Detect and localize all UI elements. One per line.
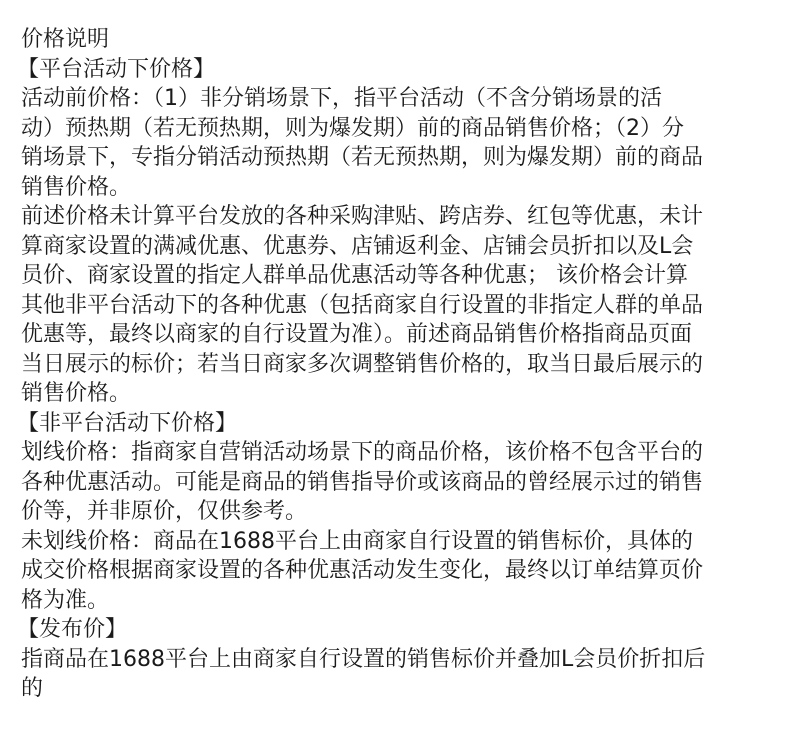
- section-publish-price: 【发布价】 指商品在1688平台上由商家自行设置的销售标价并叠加L会员价折扣后 …: [21, 615, 771, 704]
- document-title: 价格说明: [21, 25, 771, 55]
- text-line: 成交价格根据商家设置的各种优惠活动发生变化，最终以订单结算页价: [21, 556, 771, 586]
- text-line: 指商品在1688平台上由商家自行设置的销售标价并叠加L会员价折扣后: [21, 645, 771, 675]
- text-line: 优惠等，最终以商家的自行设置为准）。前述商品销售价格指商品页面: [21, 320, 771, 350]
- section-platform-activity-price: 【平台活动下价格】 活动前价格：（1）非分销场景下，指平台活动（不含分销场景的活…: [21, 55, 771, 409]
- text-line: 前述价格未计算平台发放的各种采购津贴、跨店券、红包等优惠，未计: [21, 202, 771, 232]
- section-non-platform-activity-price: 【非平台活动下价格】 划线价格：指商家自营销活动场景下的商品价格，该价格不包含平…: [21, 409, 771, 616]
- section-heading: 【发布价】: [17, 615, 771, 645]
- text-line: 动）预热期（若无预热期，则为爆发期）前的商品销售价格；（2）分: [21, 114, 771, 144]
- text-line: 销售价格。: [21, 173, 771, 203]
- text-line: 其他非平台活动下的各种优惠（包括商家自行设置的非指定人群的单品: [21, 291, 771, 321]
- text-line: 当日展示的标价；若当日商家多次调整销售价格的，取当日最后展示的: [21, 350, 771, 380]
- text-line: 各种优惠活动。可能是商品的销售指导价或该商品的曾经展示过的销售: [21, 468, 771, 498]
- text-line: 销场景下，专指分销活动预热期（若无预热期，则为爆发期）前的商品: [21, 143, 771, 173]
- price-explanation-document: 价格说明 【平台活动下价格】 活动前价格：（1）非分销场景下，指平台活动（不含分…: [21, 25, 771, 704]
- text-line: 活动前价格：（1）非分销场景下，指平台活动（不含分销场景的活: [21, 84, 771, 114]
- section-heading: 【非平台活动下价格】: [17, 409, 771, 439]
- text-line: 销售价格。: [21, 379, 771, 409]
- text-line: 未划线价格：商品在1688平台上由商家自行设置的销售标价，具体的: [21, 527, 771, 557]
- text-line: 的: [21, 674, 771, 704]
- text-line: 格为准。: [21, 586, 771, 616]
- text-line: 员价、商家设置的指定人群单品优惠活动等各种优惠； 该价格会计算: [21, 261, 771, 291]
- text-line: 划线价格：指商家自营销活动场景下的商品价格，该价格不包含平台的: [21, 438, 771, 468]
- text-line: 价等，并非原价，仅供参考。: [21, 497, 771, 527]
- text-line: 算商家设置的满减优惠、优惠券、店铺返利金、店铺会员折扣以及L会: [21, 232, 771, 262]
- section-heading: 【平台活动下价格】: [17, 55, 771, 85]
